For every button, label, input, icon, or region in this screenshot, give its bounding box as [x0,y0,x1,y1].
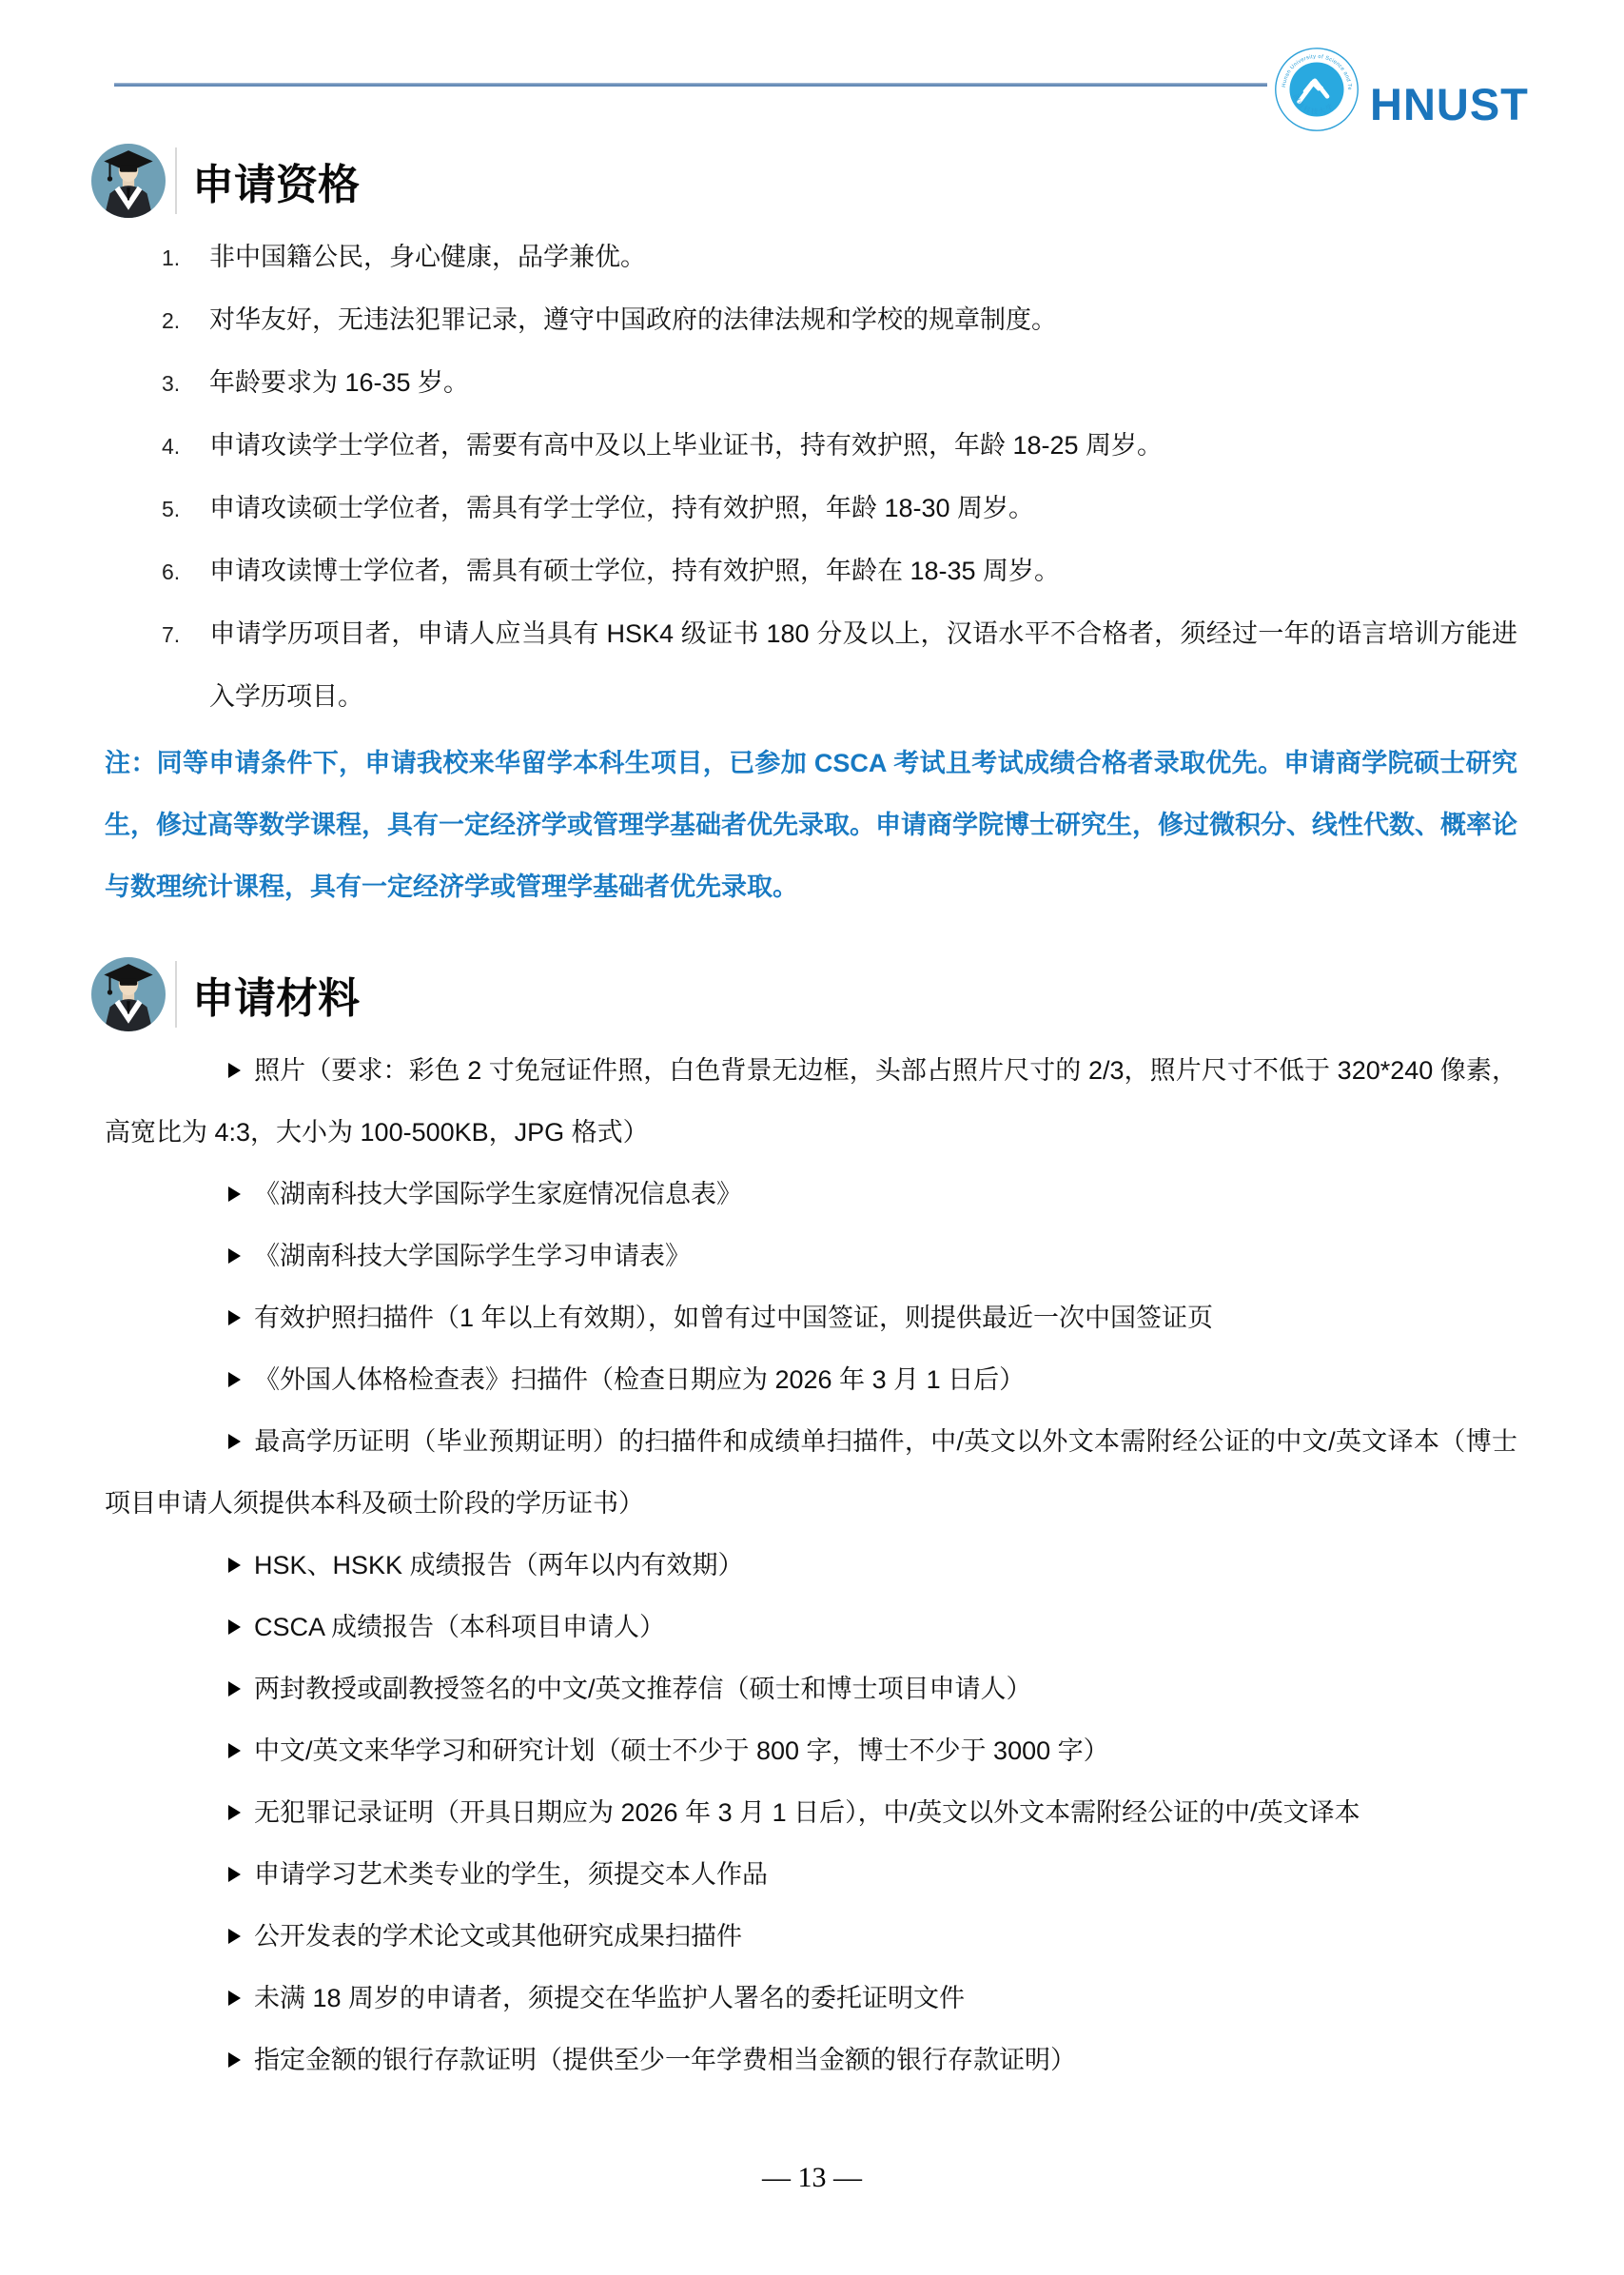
triangle-bullet-icon [228,1558,241,1573]
triangle-bullet-icon [228,1743,241,1758]
material-item: 两封教授或副教授签名的中文/英文推荐信（硕士和博士项目申请人） [105,1658,1517,1720]
header-rule-divider [114,83,1267,87]
hnust-logo: Hunan University of Science and Technolo… [1273,46,1529,133]
material-item: 公开发表的学术论文或其他研究成果扫描件 [105,1906,1517,1968]
qualification-item: 5.申请攻读硕士学位者，需具有学士学位，持有效护照，年龄 18-30 周岁。 [105,478,1517,540]
triangle-bullet-icon [228,1248,241,1264]
item-number: 1. [162,227,209,289]
qualification-item: 6.申请攻读博士学位者，需具有硕士学位，持有效护照，年龄在 18-35 周岁。 [105,540,1517,603]
admission-priority-note: 注：同等申请条件下，申请我校来华留学本科生项目，已参加 CSCA 考试且考试成绩… [105,733,1517,918]
hnust-logo-icon: Hunan University of Science and Technolo… [1273,46,1360,133]
item-text: 申请学历项目者，申请人应当具有 HSK4 级证书 180 分及以上，汉语水平不合… [209,619,1517,711]
item-text: 申请攻读博士学位者，需具有硕士学位，持有效护照，年龄在 18-35 周岁。 [209,557,1060,585]
material-item: CSCA 成绩报告（本科项目申请人） [105,1597,1517,1658]
triangle-bullet-icon [228,1434,241,1449]
materials-list: 照片（要求：彩色 2 寸免冠证件照，白色背景无边框，头部占照片尺寸的 2/3，照… [105,1040,1517,2091]
material-item-text: HSK、HSKK 成绩报告（两年以内有效期） [254,1551,744,1579]
material-item-text: 《湖南科技大学国际学生学习申请表》 [254,1242,691,1270]
material-item-text: 公开发表的学术论文或其他研究成果扫描件 [254,1922,742,1951]
header-vertical-divider [175,961,177,1028]
item-number: 7. [162,604,209,666]
item-text: 非中国籍公民，身心健康，品学兼优。 [209,243,646,271]
material-item-text: 无犯罪记录证明（开具日期应为 2026 年 3 月 1 日后），中/英文以外文本… [254,1798,1360,1827]
item-number: 2. [162,290,209,352]
item-number: 6. [162,541,209,603]
triangle-bullet-icon [228,1681,241,1696]
material-item: 未满 18 周岁的申请者，须提交在华监护人署名的委托证明文件 [105,1968,1517,2030]
material-item: 《湖南科技大学国际学生学习申请表》 [105,1226,1517,1287]
triangle-bullet-icon [228,1187,241,1202]
material-item: 指定金额的银行存款证明（提供至少一年学费相当金额的银行存款证明） [105,2030,1517,2091]
material-item: 《外国人体格检查表》扫描件（检查日期应为 2026 年 3 月 1 日后） [105,1349,1517,1411]
triangle-bullet-icon [228,1063,241,1078]
material-item-text: 未满 18 周岁的申请者，须提交在华监护人署名的委托证明文件 [254,1984,965,2012]
material-item-text: 照片（要求：彩色 2 寸免冠证件照，白色背景无边框，头部占照片尺寸的 2/3，照… [105,1056,1517,1147]
material-item: 《湖南科技大学国际学生家庭情况信息表》 [105,1164,1517,1226]
graduate-avatar-icon [91,957,166,1031]
material-item: 无犯罪记录证明（开具日期应为 2026 年 3 月 1 日后），中/英文以外文本… [105,1782,1517,1844]
qualification-item: 2.对华友好，无违法犯罪记录，遵守中国政府的法律法规和学校的规章制度。 [105,289,1517,352]
item-text: 申请攻读学士学位者，需要有高中及以上毕业证书，持有效护照，年龄 18-25 周岁… [209,431,1163,460]
material-item-text: 中文/英文来华学习和研究计划（硕士不少于 800 字，博士不少于 3000 字） [254,1736,1109,1765]
material-item-text: 指定金额的银行存款证明（提供至少一年学费相当金额的银行存款证明） [254,2046,1076,2074]
material-item: 申请学习艺术类专业的学生，须提交本人作品 [105,1844,1517,1906]
hnust-wordmark: HNUST [1370,78,1529,130]
material-item-text: 申请学习艺术类专业的学生，须提交本人作品 [254,1860,768,1889]
graduate-avatar-icon [91,144,166,218]
section-header-materials: 申请材料 [91,956,1517,1032]
page-content: 申请资格 1.非中国籍公民，身心健康，品学兼优。 2.对华友好，无违法犯罪记录，… [0,0,1624,2091]
material-item-text: 《外国人体格检查表》扫描件（检查日期应为 2026 年 3 月 1 日后） [254,1365,1025,1394]
triangle-bullet-icon [228,1310,241,1325]
section-header-qualifications: 申请资格 [91,143,1517,219]
item-number: 3. [162,353,209,415]
header-vertical-divider [175,147,177,214]
item-text: 年龄要求为 16-35 岁。 [209,368,469,397]
qualification-item: 4.申请攻读学士学位者，需要有高中及以上毕业证书，持有效护照，年龄 18-25 … [105,415,1517,478]
item-text: 申请攻读硕士学位者，需具有学士学位，持有效护照，年龄 18-30 周岁。 [209,494,1034,522]
triangle-bullet-icon [228,2052,241,2068]
triangle-bullet-icon [228,1929,241,1944]
section-title-qualifications: 申请资格 [192,150,360,211]
material-item: 最高学历证明（毕业预期证明）的扫描件和成绩单扫描件，中/英文以外文本需附经公证的… [105,1411,1517,1535]
material-item: HSK、HSKK 成绩报告（两年以内有效期） [105,1535,1517,1597]
qualification-list: 1.非中国籍公民，身心健康，品学兼优。 2.对华友好，无违法犯罪记录，遵守中国政… [105,226,1517,728]
section-title-materials: 申请材料 [192,964,360,1025]
material-item-text: CSCA 成绩报告（本科项目申请人） [254,1613,665,1641]
triangle-bullet-icon [228,1805,241,1820]
material-item-text: 《湖南科技大学国际学生家庭情况信息表》 [254,1180,742,1208]
qualification-item: 3.年龄要求为 16-35 岁。 [105,352,1517,415]
item-number: 4. [162,416,209,478]
material-item-text: 有效护照扫描件（1 年以上有效期），如曾有过中国签证，则提供最近一次中国签证页 [254,1304,1213,1332]
qualification-item: 7.申请学历项目者，申请人应当具有 HSK4 级证书 180 分及以上，汉语水平… [105,603,1517,728]
triangle-bullet-icon [228,1991,241,2006]
item-number: 5. [162,479,209,540]
material-item-text: 两封教授或副教授签名的中文/英文推荐信（硕士和博士项目申请人） [254,1675,1032,1703]
item-text: 对华友好，无违法犯罪记录，遵守中国政府的法律法规和学校的规章制度。 [209,305,1057,334]
page-number: — 13 — [0,2162,1624,2194]
material-item: 照片（要求：彩色 2 寸免冠证件照，白色背景无边框，头部占照片尺寸的 2/3，照… [105,1040,1517,1164]
triangle-bullet-icon [228,1867,241,1882]
document-page: Hunan University of Science and Technolo… [0,0,1624,2275]
triangle-bullet-icon [228,1619,241,1635]
material-item-text: 最高学历证明（毕业预期证明）的扫描件和成绩单扫描件，中/英文以外文本需附经公证的… [105,1427,1517,1518]
qualification-item: 1.非中国籍公民，身心健康，品学兼优。 [105,226,1517,289]
triangle-bullet-icon [228,1372,241,1387]
material-item: 有效护照扫描件（1 年以上有效期），如曾有过中国签证，则提供最近一次中国签证页 [105,1287,1517,1349]
material-item: 中文/英文来华学习和研究计划（硕士不少于 800 字，博士不少于 3000 字） [105,1720,1517,1782]
